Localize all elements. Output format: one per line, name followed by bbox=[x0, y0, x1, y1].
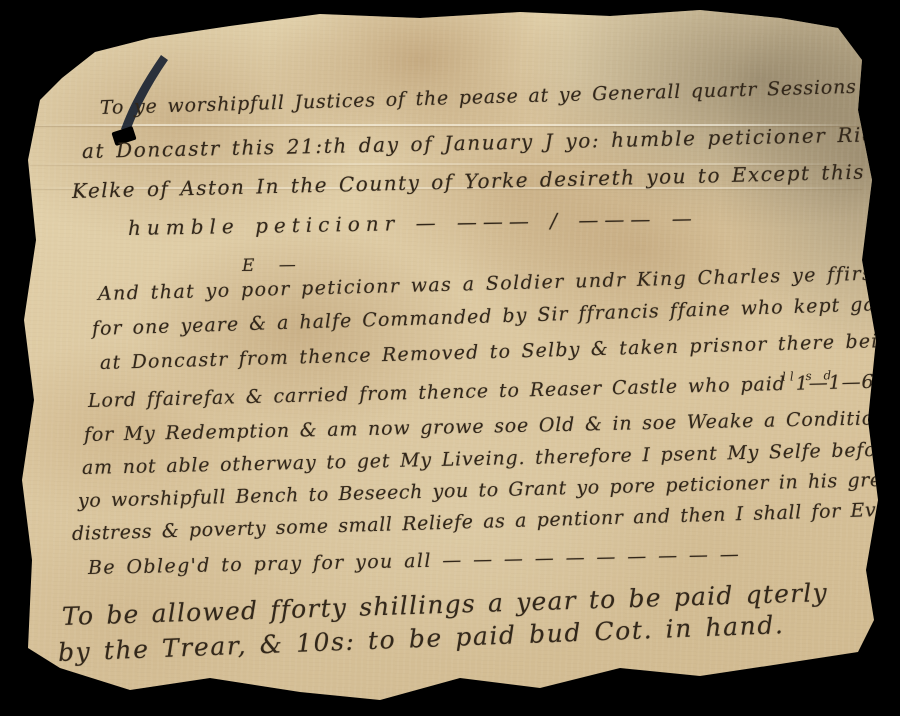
manuscript-paper: To ye worshipfull Justices of the pease … bbox=[0, 0, 900, 716]
paper-vignette bbox=[0, 0, 900, 716]
photo-background: To ye worshipfull Justices of the pease … bbox=[0, 0, 900, 716]
